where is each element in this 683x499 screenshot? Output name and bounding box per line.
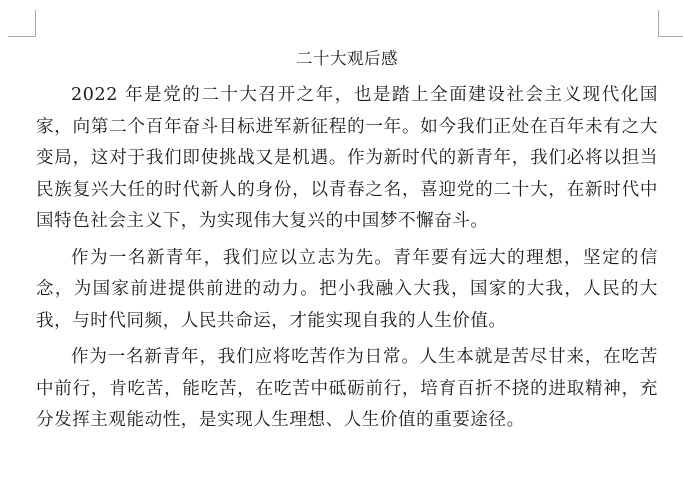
page-corner-mark-top-left xyxy=(8,10,36,37)
paragraph-1: 2022 年是党的二十大召开之年，也是踏上全面建设社会主义现代化国家，向第二个百… xyxy=(36,80,658,238)
paragraph-2: 作为一名新青年，我们应以立志为先。青年要有远大的理想，坚定的信念，为国家前进提供… xyxy=(36,243,658,338)
paragraph-3: 作为一名新青年，我们应将吃苦作为日常。人生本就是苦尽甘来，在吃苦中前行，肯吃苦，… xyxy=(36,342,658,437)
document-page[interactable]: 二十大观后感 2022 年是党的二十大召开之年，也是踏上全面建设社会主义现代化国… xyxy=(36,46,658,442)
page-corner-mark-top-right xyxy=(658,10,683,37)
document-title: 二十大观后感 xyxy=(36,46,658,72)
